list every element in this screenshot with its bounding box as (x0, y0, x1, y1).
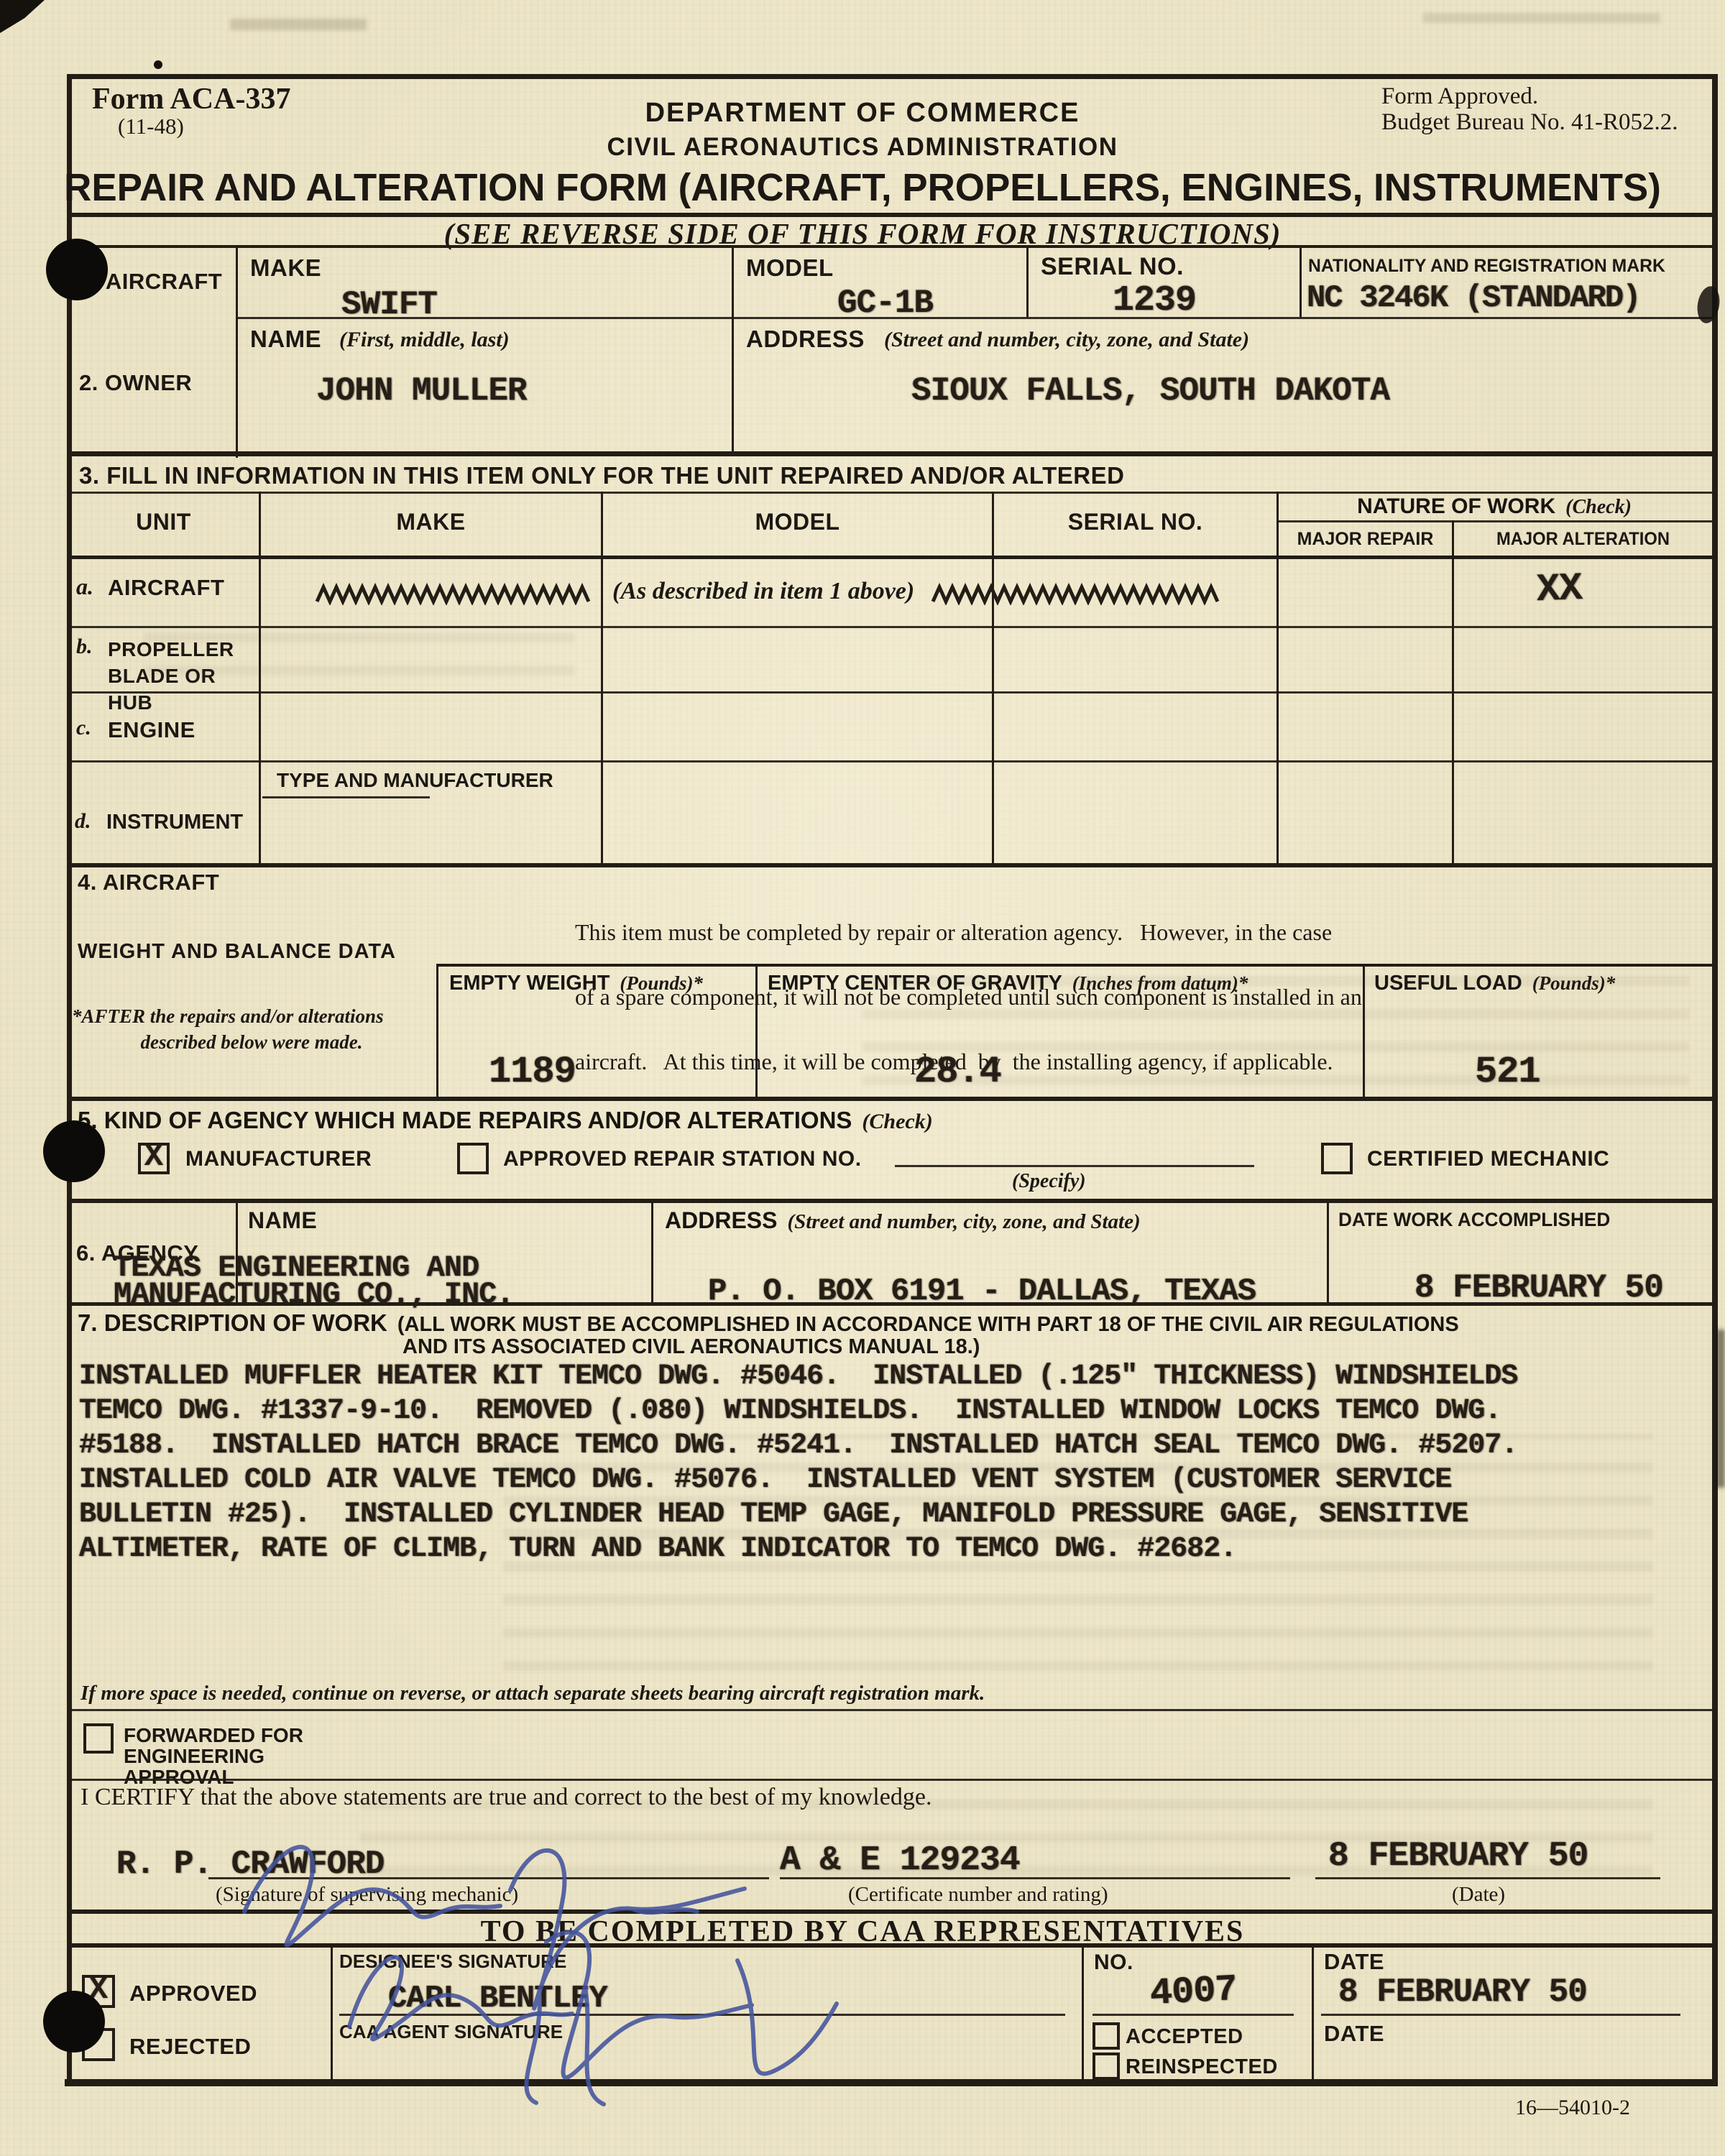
forwarded-label: FORWARDED FOR ENGINEERING APPROVAL (124, 1725, 303, 1787)
make-column-label: MAKE (261, 509, 601, 535)
manufacturer-checkbox[interactable]: X (138, 1143, 170, 1174)
divider (68, 760, 1718, 763)
section7-title: 7. DESCRIPTION OF WORK (78, 1309, 387, 1337)
section4-label: 4. AIRCRAFT (78, 870, 219, 895)
row-c-prefix: c. (76, 716, 91, 740)
scan-speck (819, 188, 826, 195)
caa-date-value[interactable]: 8 FEBRUARY 50 (1338, 1973, 1587, 2011)
model-column-label: MODEL (603, 509, 992, 535)
accepted-label: ACCEPTED (1126, 2025, 1243, 2049)
form-approved-line2: Budget Bureau No. 41-R052.2. (1381, 109, 1678, 136)
caa-date-label: DATE (1324, 1949, 1384, 1975)
divider (68, 556, 1718, 559)
specify-hint: (Specify) (1012, 1170, 1086, 1193)
date-caption: (Date) (1452, 1883, 1505, 1907)
caa-date2-label: DATE (1324, 2021, 1384, 2047)
description-line[interactable]: INSTALLED MUFFLER HEATER KIT TEMCO DWG. … (79, 1360, 1517, 1393)
divider (1276, 520, 1712, 522)
after-repairs-note-line: *AFTER the repairs and/or alterations (72, 1003, 431, 1029)
grid-line (259, 492, 261, 865)
description-line[interactable]: TEMCO DWG. #1337-9-10. REMOVED (.080) WI… (79, 1395, 1501, 1427)
owner-name-label: NAME (250, 326, 321, 353)
bleed-through-artifact (503, 1434, 1653, 1671)
serial-column-label: SERIAL NO. (1041, 253, 1184, 281)
punch-hole (43, 1991, 105, 2053)
divider (68, 451, 1718, 456)
administration-title: CIVIL AERONAUTICS ADMINISTRATION (0, 133, 1725, 162)
nature-of-work-label: NATURE OF WORK (1357, 494, 1555, 519)
agency-name-label: NAME (248, 1207, 317, 1234)
caa-date-line (1321, 2014, 1680, 2016)
divider (68, 1709, 1718, 1711)
repair-station-number-line[interactable] (895, 1165, 1254, 1167)
rejected-label: REJECTED (129, 2034, 251, 2060)
mechanic-signature-caption: (Signature of supervising mechanic) (216, 1883, 518, 1907)
border-bottom (65, 2079, 1718, 2086)
owner-name-hint: (First, middle, last) (339, 328, 510, 352)
reinspected-checkbox[interactable] (1092, 2053, 1120, 2080)
agency-name-value-line2[interactable]: MANUFACTURING CO., INC. (114, 1277, 514, 1312)
divider (236, 317, 1718, 319)
divider (68, 863, 1718, 867)
empty-weight-value[interactable]: 1189 (489, 1051, 576, 1093)
registration-value[interactable]: NC 3246K (STANDARD) (1307, 280, 1640, 316)
bleed-through-artifact (862, 963, 1689, 1085)
scan-smudge (1423, 13, 1660, 23)
date-line (1315, 1877, 1660, 1879)
bleed-through-artifact (359, 1789, 1653, 1876)
repair-station-label: APPROVED REPAIR STATION NO. (503, 1147, 862, 1171)
page-title: REPAIR AND ALTERATION FORM (AIRCRAFT, PR… (17, 165, 1708, 210)
scanned-form-page: Form ACA-337 (11-48) DEPARTMENT OF COMME… (0, 0, 1725, 2156)
after-repairs-note-line: described below were made. (72, 1029, 431, 1055)
bleed-through-artifact (144, 611, 575, 676)
divider (68, 691, 1718, 694)
divider (68, 1943, 1718, 1948)
designee-signature-label: DESIGNEE'S SIGNATURE (339, 1950, 566, 1973)
row-d-sub-label: TYPE AND MANUFACTURER (277, 769, 553, 792)
section7-title-row: 7. DESCRIPTION OF WORK (ALL WORK MUST BE… (78, 1309, 1459, 1337)
grid-line (732, 245, 734, 317)
form-approved-line1: Form Approved. (1381, 83, 1538, 110)
grid-line (1327, 1199, 1329, 1304)
caa-number-line (1092, 2014, 1294, 2016)
unit-column-label: UNIT (68, 509, 259, 535)
date-work-accomplished-label: DATE WORK ACCOMPLISHED (1338, 1209, 1610, 1231)
empty-weight-label: EMPTY WEIGHT (449, 972, 609, 995)
grid-line (236, 245, 238, 458)
grid-line (1299, 245, 1302, 317)
scan-corner-mark (0, 0, 45, 33)
border-right (1712, 74, 1718, 2086)
manufacturer-label: MANUFACTURER (185, 1147, 372, 1171)
grid-line (1312, 1943, 1314, 2079)
divider (68, 1097, 1718, 1101)
agency-address-label: ADDRESS (665, 1207, 777, 1234)
row-a-major-alteration-mark[interactable]: XX (1536, 567, 1583, 612)
certified-mechanic-label: CERTIFIED MECHANIC (1367, 1147, 1609, 1171)
row-d-label: INSTRUMENT (106, 811, 243, 834)
grid-line (755, 964, 758, 1097)
approved-label: APPROVED (129, 1981, 257, 2007)
section7-title-hint1: (ALL WORK MUST BE ACCOMPLISHED IN ACCORD… (397, 1313, 1459, 1337)
row-b-prefix: b. (76, 635, 93, 659)
print-code: 16—54010-2 (1515, 2096, 1630, 2120)
nature-of-work-header: NATURE OF WORK (Check) (1276, 494, 1712, 519)
section5-title-row: 5. KIND OF AGENCY WHICH MADE REPAIRS AND… (78, 1107, 933, 1134)
row-a-prefix: a. (76, 573, 93, 600)
grid-line (732, 317, 734, 453)
owner-address-value[interactable]: SIOUX FALLS, SOUTH DAKOTA (911, 372, 1389, 410)
weight-balance-label: WEIGHT AND BALANCE DATA (78, 940, 396, 964)
owner-address-label: ADDRESS (746, 326, 865, 353)
punch-hole (46, 239, 108, 300)
owner-name-value[interactable]: JOHN MULLER (316, 372, 527, 410)
designee-typed-name[interactable]: CARL BENTLEY (388, 1981, 607, 2017)
divider (68, 492, 1718, 494)
strike-squiggle (931, 582, 1234, 605)
signature-line (208, 1877, 769, 1879)
divider (68, 1909, 1718, 1914)
serial-column-label: SERIAL NO. (994, 509, 1276, 535)
owner-address-hint: (Street and number, city, zone, and Stat… (884, 328, 1249, 352)
manufacturer-checkbox-mark: X (144, 1139, 163, 1175)
section5-title-hint: (Check) (862, 1110, 932, 1134)
section7-title-hint2: AND ITS ASSOCIATED CIVIL AERONAUTICS MAN… (402, 1335, 980, 1359)
strike-squiggle (315, 582, 605, 605)
divider (68, 1199, 1718, 1203)
certificate-line (780, 1877, 1290, 1879)
section5-title: 5. KIND OF AGENCY WHICH MADE REPAIRS AND… (78, 1107, 852, 1134)
divider (68, 245, 1718, 248)
punch-hole (43, 1120, 105, 1182)
empty-weight-header: EMPTY WEIGHT (Pounds)* (449, 972, 703, 995)
row-c-label: ENGINE (108, 717, 195, 743)
scan-speck (154, 60, 162, 69)
major-alteration-column-label: MAJOR ALTERATION (1460, 529, 1706, 550)
caa-number-value[interactable]: 4007 (1149, 1968, 1238, 2015)
designee-signature-line (339, 2014, 1065, 2016)
border-top (68, 74, 1718, 79)
divider (262, 796, 430, 798)
row-a-note: (As described in item 1 above) (612, 578, 914, 605)
row-a-label: AIRCRAFT (108, 575, 224, 601)
forwarded-checkbox[interactable] (83, 1723, 114, 1754)
serial-value[interactable]: 1239 (1113, 280, 1196, 321)
reinspected-label: REINSPECTED (1126, 2055, 1278, 2079)
repair-station-checkbox[interactable] (457, 1143, 489, 1174)
after-repairs-note: *AFTER the repairs and/or alterations de… (72, 1003, 431, 1055)
major-repair-column-label: MAJOR REPAIR (1279, 529, 1452, 550)
grid-line (1026, 245, 1029, 317)
border-left (67, 74, 72, 2086)
grid-line (331, 1943, 333, 2079)
certificate-caption: (Certificate number and rating) (848, 1883, 1108, 1907)
section3-title: 3. FILL IN INFORMATION IN THIS ITEM ONLY… (79, 462, 1124, 489)
grid-line (992, 492, 994, 865)
agency-address-hint: (Street and number, city, zone, and Stat… (787, 1210, 1140, 1234)
accepted-checkbox[interactable] (1092, 2022, 1120, 2050)
owner-row-label: 2. OWNER (79, 370, 192, 396)
row-d-prefix: d. (75, 809, 91, 834)
divider (68, 1302, 1718, 1306)
caa-agent-signature-label: CAA AGENT SIGNATURE (339, 2021, 563, 2043)
grid-line (1082, 1943, 1084, 2079)
model-column-label: MODEL (746, 254, 834, 282)
scan-streak (1716, 1330, 1725, 1488)
empty-weight-hint: (Pounds)* (620, 972, 703, 995)
scan-smudge (230, 19, 367, 30)
agency-date-value[interactable]: 8 FEBRUARY 50 (1414, 1269, 1663, 1307)
agency-address-header: ADDRESS (Street and number, city, zone, … (665, 1207, 1141, 1234)
caa-number-label: NO. (1094, 1950, 1133, 1975)
grid-line (651, 1199, 653, 1304)
more-space-note: If more space is needed, continue on rev… (80, 1682, 985, 1705)
divider (68, 1779, 1718, 1781)
grid-line (436, 964, 438, 1097)
registration-column-label: NATIONALITY AND REGISTRATION MARK (1308, 256, 1665, 277)
certified-mechanic-checkbox[interactable] (1321, 1143, 1353, 1174)
grid-line (601, 492, 603, 865)
make-column-label: MAKE (250, 254, 321, 282)
instruction-line: This item must be completed by repair or… (575, 921, 1711, 943)
nature-of-work-hint: (Check) (1565, 496, 1632, 519)
